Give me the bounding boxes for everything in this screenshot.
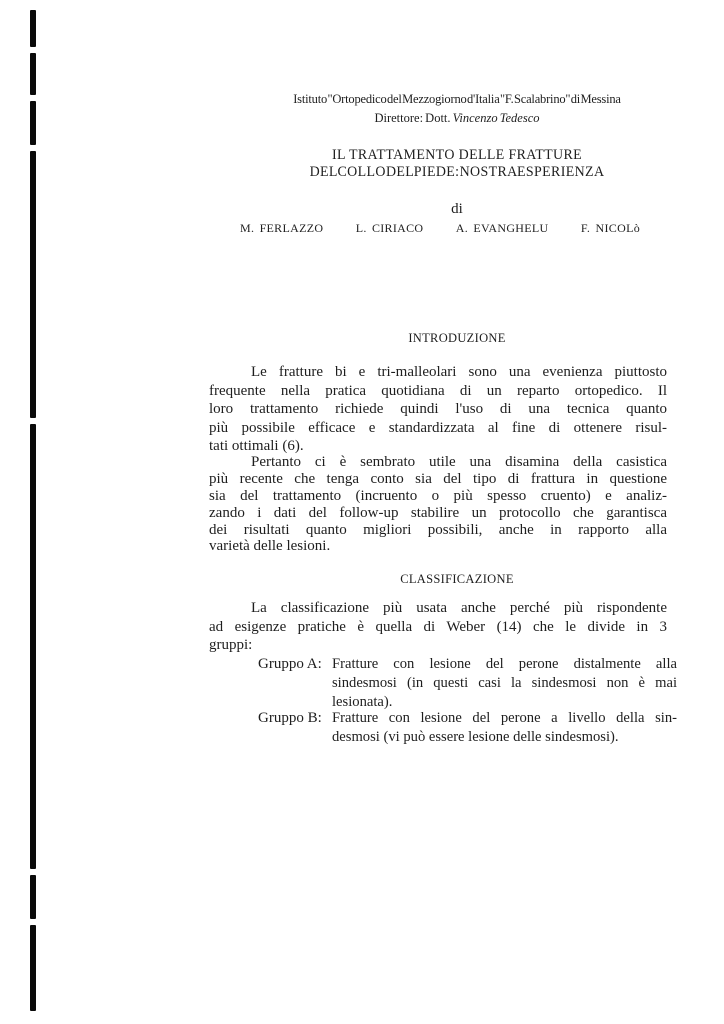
byline: di — [227, 201, 687, 218]
scan-edge-segment — [30, 875, 36, 919]
scan-edge-segment — [30, 925, 36, 1011]
author-name: L. CIRIACO — [356, 221, 424, 236]
text-line: Le fratture bi e tri-malleolari sono una… — [209, 364, 667, 383]
scan-edge-segment — [30, 424, 36, 869]
authors-row: M. FERLAZZO L. CIRIACO A. EVANGHELU F. N… — [240, 221, 640, 236]
text-line: varietà delle lesioni. — [209, 538, 667, 555]
scan-edge-segment — [30, 10, 36, 47]
author-name: F. NICOLò — [581, 221, 640, 236]
text-line: zando i dati del follow-up stabilire un … — [209, 505, 667, 522]
group-a-item: Gruppo A: Fratture con lesione del peron… — [209, 656, 673, 713]
classification-paragraph: La classificazione più usata anche perch… — [209, 600, 667, 656]
author-name: A. EVANGHELU — [456, 221, 549, 236]
scan-edge-segment — [30, 151, 36, 418]
text-line: La classificazione più usata anche perch… — [209, 600, 667, 619]
text-line: sia del trattamento (incruento o più spe… — [209, 488, 667, 505]
text-line: gruppi: — [209, 637, 667, 656]
text-line: più recente che tenga conto sia del tipo… — [209, 471, 667, 488]
director-line: Direttore: Dott. Vincenzo Tedesco — [227, 111, 687, 126]
author-name: M. FERLAZZO — [240, 221, 323, 236]
text-line: ad esigenze pratiche è quella di Weber (… — [209, 619, 667, 638]
section-heading-introduzione: INTRODUZIONE — [227, 331, 687, 346]
introduction-paragraph-1: Le fratture bi e tri-malleolari sono una… — [209, 364, 667, 457]
group-b-label: Gruppo B: — [258, 710, 322, 727]
text-line: loro trattamento richiede quindi l'uso d… — [209, 401, 667, 420]
article-title-line2: DEL COLLO DEL PIEDE: NOSTRA ESPERIENZA — [243, 164, 671, 181]
text-line: più possibile efficace e standardizzata … — [209, 420, 667, 439]
document-page: Istituto "Ortopedico del Mezzogiorno d'I… — [0, 0, 724, 1024]
institute-line: Istituto "Ortopedico del Mezzogiorno d'I… — [227, 92, 687, 107]
scan-edge-segment — [30, 101, 36, 145]
director-prefix: Direttore: Dott. — [374, 111, 450, 125]
text-line: Pertanto ci è sembrato utile una disamin… — [209, 454, 667, 471]
text-line: Fratture con lesione del perone distalme… — [332, 656, 677, 675]
director-name: Vincenzo Tedesco — [453, 111, 540, 125]
group-a-label: Gruppo A: — [258, 656, 322, 673]
text-line: desmosi (vi può essere lesione delle sin… — [332, 729, 677, 748]
scan-edge-segment — [30, 53, 36, 95]
text-line: frequente nella pratica quotidiana di un… — [209, 383, 667, 402]
group-b-item: Gruppo B: Fratture con lesione del peron… — [209, 710, 673, 747]
text-line: dei risultati quanto migliori possibili,… — [209, 522, 667, 539]
text-line: sindesmosi (in questi casi la sindesmosi… — [332, 675, 677, 694]
introduction-paragraph-2: Pertanto ci è sembrato utile una disamin… — [209, 454, 667, 555]
article-title-line1: IL TRATTAMENTO DELLE FRATTURE — [243, 147, 671, 164]
text-line: Fratture con lesione del perone a livell… — [332, 710, 677, 729]
section-heading-classificazione: CLASSIFICAZIONE — [227, 572, 687, 587]
